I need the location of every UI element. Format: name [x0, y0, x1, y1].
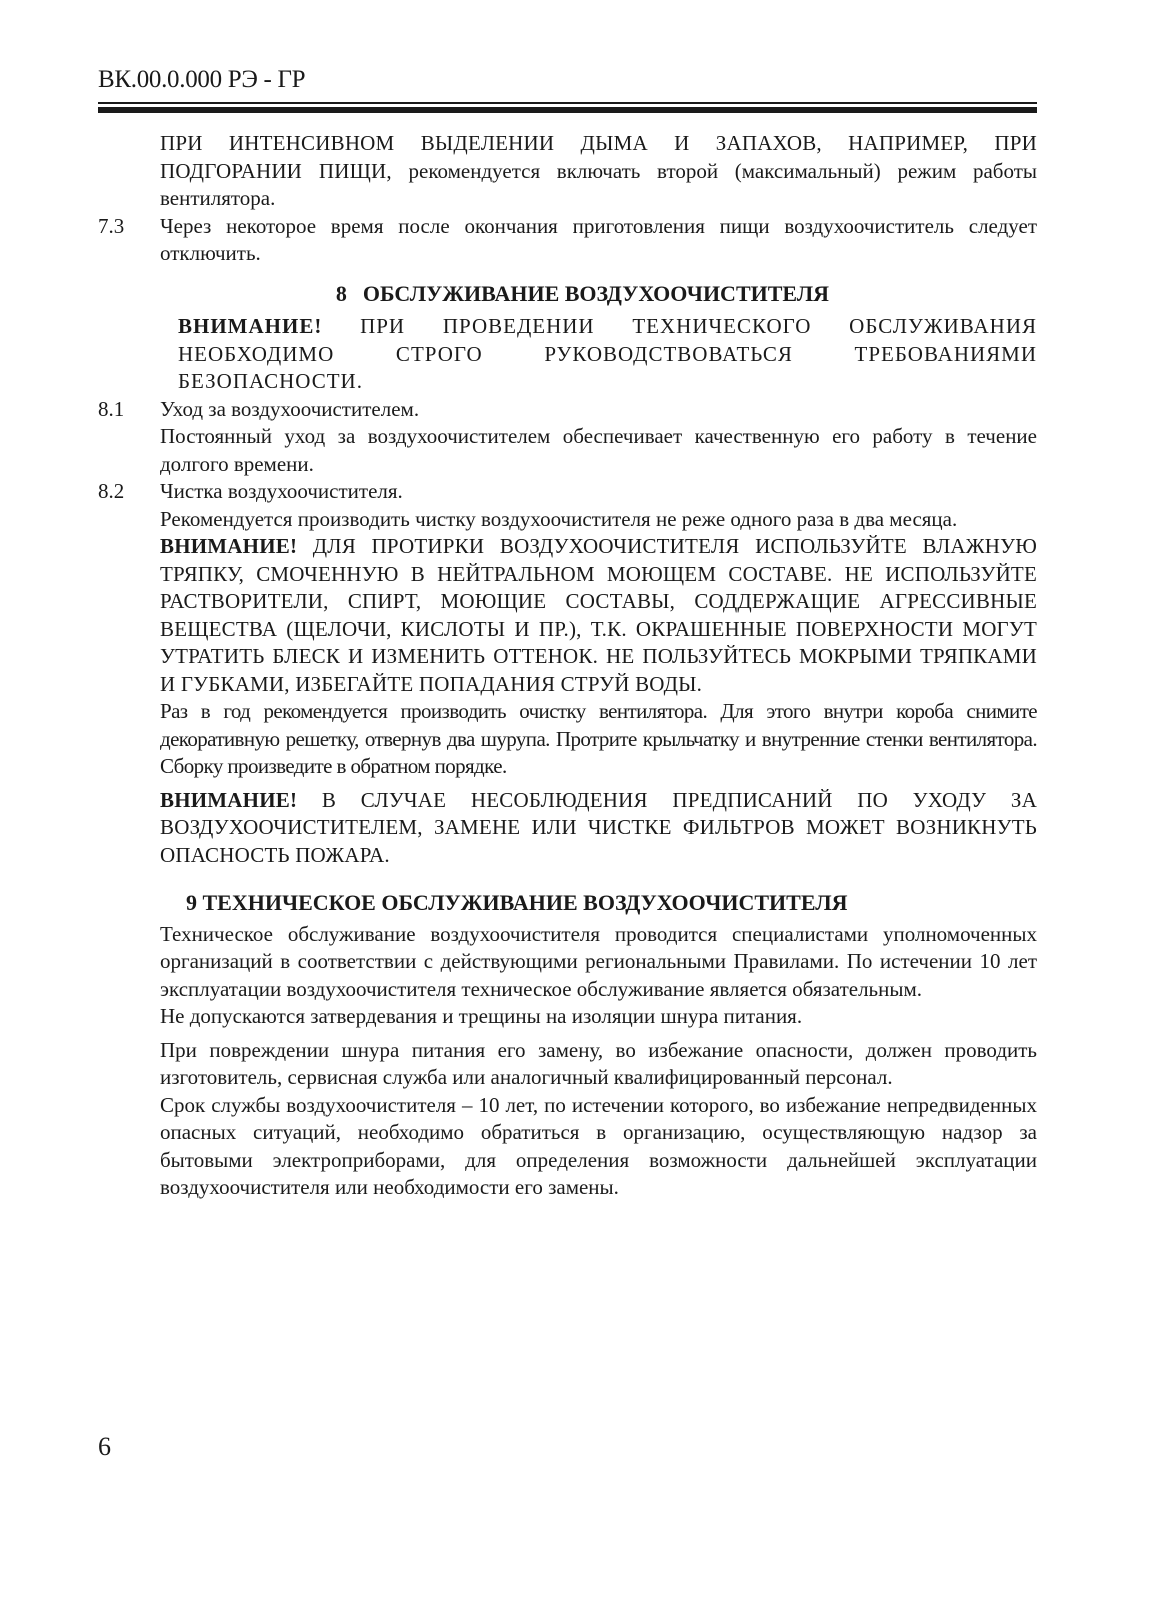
- section-9-paragraph: Не допускаются затвердевания и трещины н…: [98, 1003, 1037, 1031]
- section-9-paragraph: При повреждении шнура питания его замену…: [98, 1037, 1037, 1092]
- section-9-paragraph: Срок службы воздухоочистителя – 10 лет, …: [98, 1092, 1037, 1202]
- section-title: ОБСЛУЖИВАНИЕ ВОЗДУХООЧИСТИТЕЛЯ: [363, 281, 829, 306]
- section-9-paragraph: Техническое обслуживание воздухоочистите…: [98, 921, 1037, 1004]
- item-title: Уход за воздухоочистителем.: [160, 396, 1037, 424]
- item-number: 8.1: [98, 396, 160, 424]
- item-8-1: 8.1 Уход за воздухоочистителем.: [98, 396, 1037, 424]
- warning-text: ДЛЯ ПРОТИРКИ ВОЗДУХООЧИСТИТЕЛЯ ИСПОЛЬЗУЙ…: [160, 534, 1037, 696]
- section-8-warning: ВНИМАНИЕ! ПРИ ПРОВЕДЕНИИ ТЕХНИЧЕСКОГО ОБ…: [98, 313, 1037, 396]
- item-title: Чистка воздухоочистителя.: [160, 478, 1037, 506]
- document-code: ВК.00.0.000 РЭ - ГР: [98, 66, 305, 94]
- section7-continuation: ПРИ ИНТЕНСИВНОМ ВЫДЕЛЕНИИ ДЫМА И ЗАПАХОВ…: [98, 130, 1037, 213]
- document-page: ВК.00.0.000 РЭ - ГР ПРИ ИНТЕНСИВНОМ ВЫДЕ…: [0, 0, 1160, 1600]
- page-number: 6: [98, 1432, 111, 1462]
- section-8-heading: 8ОБСЛУЖИВАНИЕ ВОЗДУХООЧИСТИТЕЛЯ: [98, 280, 1037, 308]
- item-text: Через некоторое время после окончания пр…: [160, 213, 1037, 268]
- item-8-2: 8.2 Чистка воздухоочистителя.: [98, 478, 1037, 506]
- section-9-heading: 9 ТЕХНИЧЕСКОЕ ОБСЛУЖИВАНИЕ ВОЗДУХООЧИСТИ…: [186, 889, 1037, 917]
- warning-label: ВНИМАНИЕ!: [178, 314, 322, 338]
- fire-warning: ВНИМАНИЕ! В СЛУЧАЕ НЕСОБЛЮДЕНИЯ ПРЕДПИСА…: [98, 787, 1037, 870]
- item-8-2-text: Рекомендуется производить чистку воздухо…: [98, 506, 1037, 534]
- item-7-3: 7.3 Через некоторое время после окончани…: [98, 213, 1037, 268]
- document-body: ПРИ ИНТЕНСИВНОМ ВЫДЕЛЕНИИ ДЫМА И ЗАПАХОВ…: [98, 130, 1037, 1202]
- item-8-1-text: Постоянный уход за воздухоочистителем об…: [98, 423, 1037, 478]
- header-rule-thick: [98, 107, 1037, 113]
- cleaning-warning: ВНИМАНИЕ! ДЛЯ ПРОТИРКИ ВОЗДУХООЧИСТИТЕЛЯ…: [98, 533, 1037, 698]
- warning-label: ВНИМАНИЕ!: [160, 788, 297, 812]
- fan-cleaning-text: Раз в год рекомендуется производить очис…: [98, 698, 1037, 781]
- item-number: 7.3: [98, 213, 160, 268]
- section-number: 8: [336, 281, 347, 306]
- header-rule-thin: [98, 102, 1037, 104]
- item-number: 8.2: [98, 478, 160, 506]
- warning-label: ВНИМАНИЕ!: [160, 534, 297, 558]
